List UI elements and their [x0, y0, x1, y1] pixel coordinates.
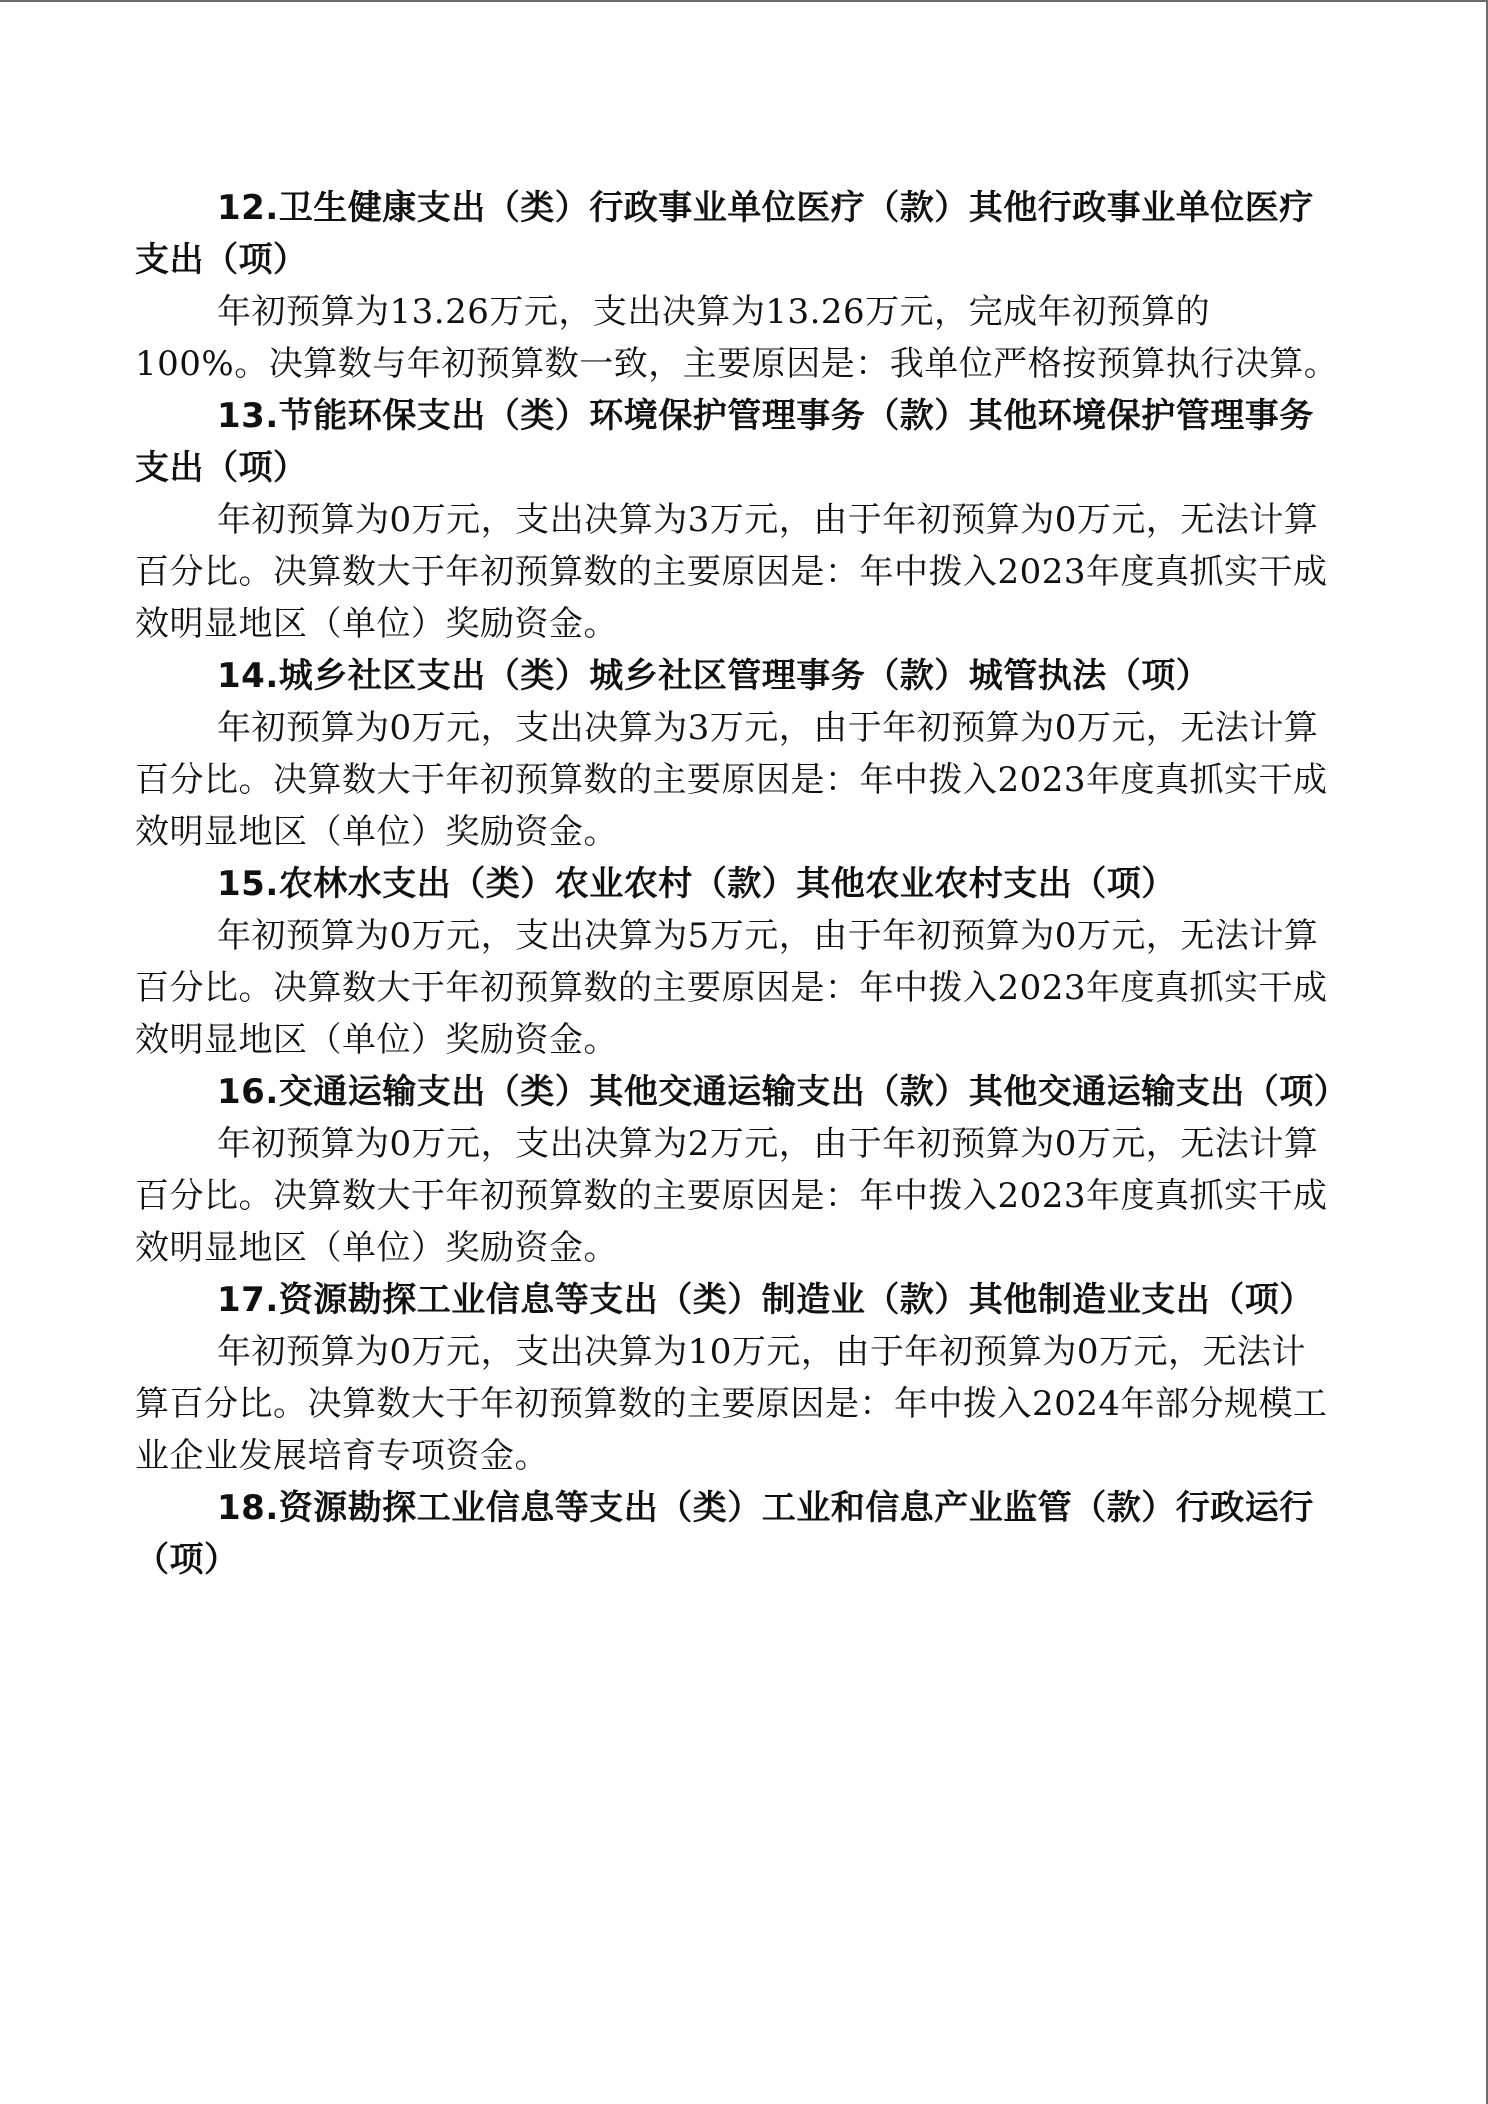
section-body: 年初预算为13.26万元，支出决算为13.26万元，完成年初预算的100%。决算… — [135, 286, 1340, 390]
section-body: 年初预算为0万元，支出决算为2万元，由于年初预算为0万元，无法计算百分比。决算数… — [135, 1118, 1340, 1274]
section-body: 年初预算为0万元，支出决算为3万元，由于年初预算为0万元，无法计算百分比。决算数… — [135, 494, 1340, 650]
section-heading: 17.资源勘探工业信息等支出（类）制造业（款）其他制造业支出（项） — [135, 1274, 1340, 1326]
section-body: 年初预算为0万元，支出决算为10万元，由于年初预算为0万元，无法计算百分比。决算… — [135, 1326, 1340, 1482]
section-15: 15.农林水支出（类）农业农村（款）其他农业农村支出（项） 年初预算为0万元，支… — [135, 858, 1340, 1066]
section-body: 年初预算为0万元，支出决算为5万元，由于年初预算为0万元，无法计算百分比。决算数… — [135, 910, 1340, 1066]
section-heading: 16.交通运输支出（类）其他交通运输支出（款）其他交通运输支出（项） — [135, 1066, 1340, 1118]
section-18: 18.资源勘探工业信息等支出（类）工业和信息产业监管（款）行政运行（项） — [135, 1482, 1340, 1586]
section-heading: 14.城乡社区支出（类）城乡社区管理事务（款）城管执法（项） — [135, 650, 1340, 702]
section-13: 13.节能环保支出（类）环境保护管理事务（款）其他环境保护管理事务支出（项） 年… — [135, 390, 1340, 650]
section-heading: 15.农林水支出（类）农业农村（款）其他农业农村支出（项） — [135, 858, 1340, 910]
section-12: 12.卫生健康支出（类）行政事业单位医疗（款）其他行政事业单位医疗支出（项） 年… — [135, 182, 1340, 390]
document-page: 12.卫生健康支出（类）行政事业单位医疗（款）其他行政事业单位医疗支出（项） 年… — [0, 0, 1488, 2104]
section-heading: 12.卫生健康支出（类）行政事业单位医疗（款）其他行政事业单位医疗支出（项） — [135, 182, 1340, 286]
section-14: 14.城乡社区支出（类）城乡社区管理事务（款）城管执法（项） 年初预算为0万元，… — [135, 650, 1340, 858]
section-body: 年初预算为0万元，支出决算为3万元，由于年初预算为0万元，无法计算百分比。决算数… — [135, 702, 1340, 858]
section-16: 16.交通运输支出（类）其他交通运输支出（款）其他交通运输支出（项） 年初预算为… — [135, 1066, 1340, 1274]
section-heading: 13.节能环保支出（类）环境保护管理事务（款）其他环境保护管理事务支出（项） — [135, 390, 1340, 494]
document-content: 12.卫生健康支出（类）行政事业单位医疗（款）其他行政事业单位医疗支出（项） 年… — [135, 182, 1340, 1586]
section-17: 17.资源勘探工业信息等支出（类）制造业（款）其他制造业支出（项） 年初预算为0… — [135, 1274, 1340, 1482]
section-heading: 18.资源勘探工业信息等支出（类）工业和信息产业监管（款）行政运行（项） — [135, 1482, 1340, 1586]
